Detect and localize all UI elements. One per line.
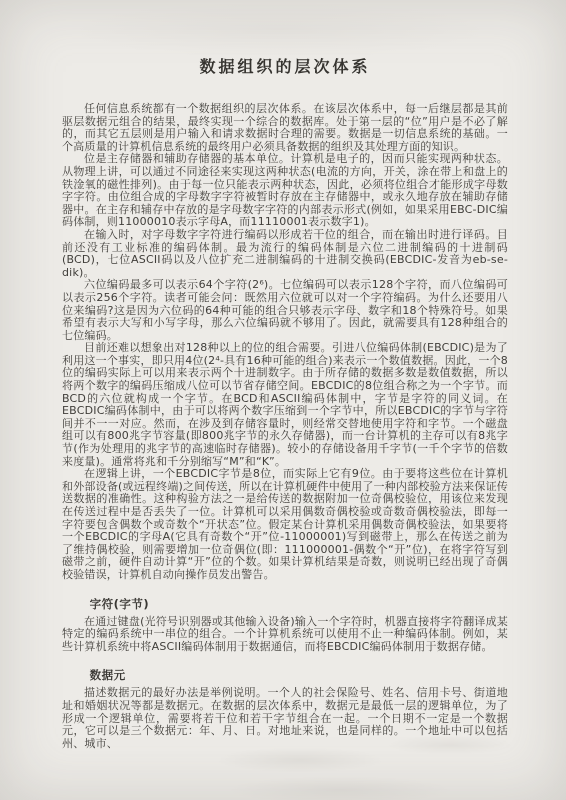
paragraph-bit: 位是主存储器和辅助存储器的基本单位。计算机是电子的，因而只能实现两种状态。从物理… bbox=[62, 153, 508, 229]
paragraph-ebcdic-byte: 目前还难以想象出对128种以上的位的组合需要。引进八位编码体制(EBCDIC)是… bbox=[62, 342, 508, 468]
page-title: 数据组织的层次体系 bbox=[62, 54, 508, 77]
paragraph-intro: 任何信息系统都有一个数据组织的层次体系。在该层次体系中，每一后继层都是其前驱层数… bbox=[62, 103, 508, 153]
section-heading-data-element: 数据元 bbox=[62, 667, 508, 683]
document-content: 数据组织的层次体系 任何信息系统都有一个数据组织的层次体系。在该层次体系中，每一… bbox=[62, 54, 508, 750]
paragraph-parity-check: 在逻辑上讲，一个EBCDIC字节是8位，而实际上它有9位。由于要将这些位在计算机… bbox=[62, 468, 508, 581]
paragraph-data-element: 描述数据元的最好办法是举例说明。一个人的社会保险号、姓名、信用卡号、街道地址和婚… bbox=[62, 687, 508, 750]
section-heading-character-byte: 字符(字节) bbox=[62, 596, 508, 612]
paragraph-character-byte: 在通过键盘(光符号识别器或其他输入设备)输入一个字符时，机器直接将字符翻译成某特… bbox=[62, 616, 508, 654]
scanned-document-page: 数据组织的层次体系 任何信息系统都有一个数据组织的层次体系。在该层次体系中，每一… bbox=[0, 0, 566, 800]
paragraph-encoding: 在输入时，对字母数字字符进行编码以形成若干位的组合，而在输出时进行译码。目前还没… bbox=[62, 229, 508, 279]
paragraph-six-bit-codes: 六位编码最多可以表示64个字符(2⁶)。七位编码可以表示128个字符，而八位编码… bbox=[62, 279, 508, 342]
